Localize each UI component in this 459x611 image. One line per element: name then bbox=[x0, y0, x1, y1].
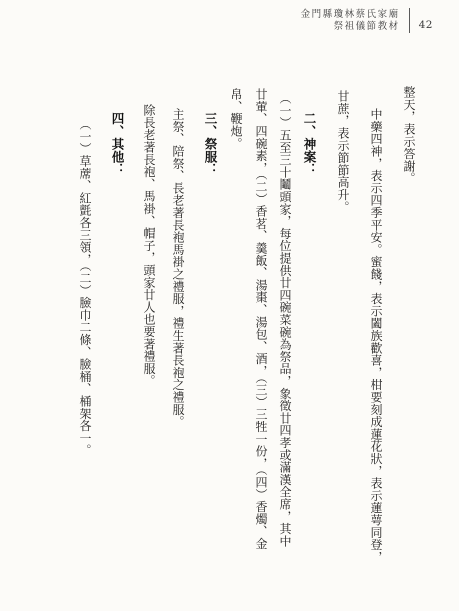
body-column-1: 整天，表示答謝。 bbox=[400, 86, 417, 184]
section-heading-qita: 四、其他： bbox=[109, 112, 126, 176]
body-column-10: 除長老著長袍、馬褂、帽子，頭家廿人也要著禮服。 bbox=[140, 104, 157, 387]
body-column-12: （一）草蓆、紅氈各三領，（二）臉巾二條、臉桶、桶架各一。 bbox=[76, 118, 93, 456]
page-header: 金門縣瓊林蔡氏家廟 祭祖儀節教材 42 bbox=[301, 8, 433, 33]
body-column-5: （一）五至三十鬮頭家，每位提供廿四碗菜碗為祭品，象徵廿四孝或滿漢全席，其中 bbox=[276, 92, 293, 547]
running-title-line1: 金門縣瓊林蔡氏家廟 bbox=[301, 9, 400, 21]
running-title-line2: 祭祖儀節教材 bbox=[301, 21, 400, 33]
body-column-9: 主祭、陪祭、長老著長袍馬褂之禮服，禮生著長袍之禮服。 bbox=[169, 108, 186, 428]
body-column-3: 甘蔗，表示節節高升。 bbox=[334, 90, 351, 213]
body-column-2: 中藥四神，表示四季平安。蜜餞，表示闔族歡喜，柑要刻成蓮花狀，表示蓮萼同登， bbox=[367, 108, 384, 563]
header-divider bbox=[409, 8, 410, 33]
body-column-7: 帛、鞭炮。 bbox=[227, 88, 244, 150]
book-page: 金門縣瓊林蔡氏家廟 祭祖儀節教材 42 整天，表示答謝。 中藥四神，表示四季平安… bbox=[0, 0, 459, 611]
section-heading-shenan: 二、神案： bbox=[301, 112, 318, 176]
running-title: 金門縣瓊林蔡氏家廟 祭祖儀節教材 bbox=[301, 9, 400, 32]
body-column-6: 廿葷、四碗素，（二）香茗、羹飯、湯棗、湯包、酒，（三）三牲一份，（四）香燭、金 bbox=[252, 88, 269, 550]
page-number: 42 bbox=[419, 11, 433, 31]
section-heading-jifu: 三、祭服： bbox=[202, 112, 219, 176]
